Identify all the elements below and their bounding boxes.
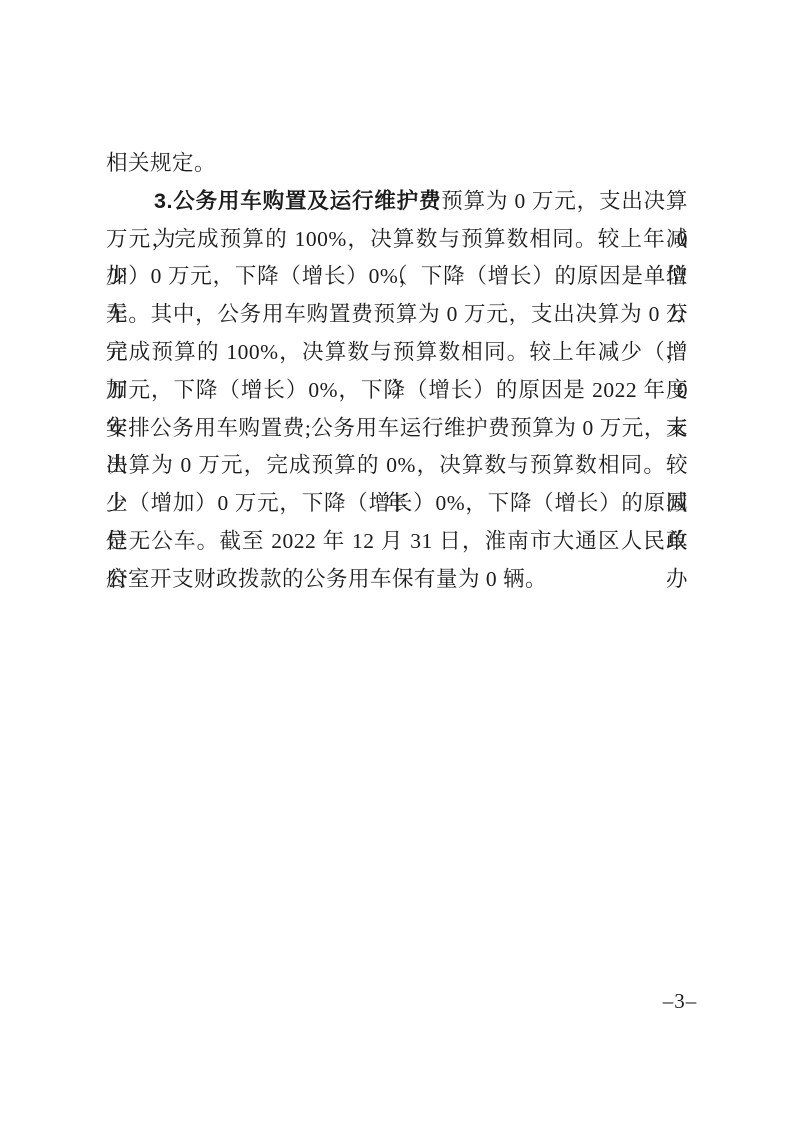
page-number: –3–: [630, 986, 730, 1016]
body-text: 相关规定。 3.公务用车购置及运行维护费预算为 0 万元，支出决算为 0 万元，…: [106, 145, 688, 599]
text-line: 位无公车。截至 2022 年 12 月 31 日，淮南市大通区人民政府办: [106, 523, 688, 561]
text-line: 加）0 万元，下降（增长）0%，下降（增长）的原因是单位无公: [106, 258, 688, 296]
text-line: 少（增加）0 万元，下降（增长）0%，下降（增长）的原因是单: [106, 485, 688, 523]
paragraph-tail-line: 相关规定。: [106, 145, 688, 183]
text-line: 车。其中，公务用车购置费预算为 0 万元，支出决算为 0 万元，: [106, 296, 688, 334]
text-line: 万元，下降（增长）0%，下降（增长）的原因是 2022 年度年未: [106, 372, 688, 410]
section-heading: 3.公务用车购置及运行维护费: [154, 189, 441, 213]
text-line: 万元，完成预算的 100%，决算数与预算数相同。较上年减少（增: [106, 221, 688, 259]
text-line: 决算为 0 万元，完成预算的 0%，决算数与预算数相同。较上年减: [106, 447, 688, 485]
section-start-line: 3.公务用车购置及运行维护费预算为 0 万元，支出决算为 0: [106, 183, 688, 221]
document-page: 相关规定。 3.公务用车购置及运行维护费预算为 0 万元，支出决算为 0 万元，…: [0, 0, 793, 1122]
text-line: 完成预算的 100%，决算数与预算数相同。较上年减少（增加）0: [106, 334, 688, 372]
text-line: 安排公务用车购置费;公务用车运行维护费预算为 0 万元，支出: [106, 410, 688, 448]
